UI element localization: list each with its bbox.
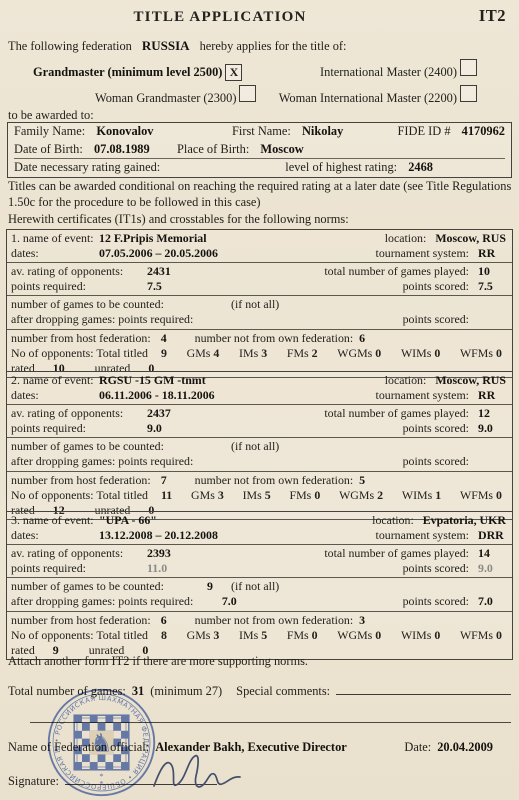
event3-wims-pair: WIMs 0 [401, 628, 440, 643]
event-block-3: 3. name of event: "UPA - 66" location: E… [6, 511, 513, 660]
event3-notown-value: 3 [359, 613, 365, 628]
event3-dropreq-label: after dropping games: points required: [11, 594, 193, 609]
gm-checkbox[interactable]: X [225, 64, 242, 81]
event1-gms-pair: GMs 4 [187, 346, 220, 361]
event1-ptsreq-value: 7.5 [147, 279, 162, 294]
event1-wfms-pair: WFMs 0 [460, 346, 502, 361]
event1-counted-section: number of games to be counted: (if not a… [7, 296, 512, 329]
event3-dates-value: 13.12.2008 – 20.12.2008 [99, 528, 218, 543]
event1-dates-label: dates: [11, 246, 99, 261]
wgm-option-label: Woman Grandmaster (2300) [95, 91, 236, 106]
event2-notown-value: 5 [359, 473, 365, 488]
family-name-label: Family Name: [14, 124, 85, 138]
event3-ims-pair: IMs 5 [239, 628, 267, 643]
event3-host-value: 6 [161, 613, 167, 628]
rating-gained-label: Date necessary rating gained: [14, 160, 160, 175]
person-row-3: Date necessary rating gained: level of h… [14, 158, 505, 177]
event3-location-value: Evpatoria, UKR [423, 513, 506, 528]
event2-avrating-label: av. rating of opponents: [11, 406, 147, 421]
event2-gms-pair: GMs 3 [191, 488, 224, 503]
event3-ptsreq-value: 11.0 [147, 561, 167, 576]
event3-host-label: number from host federation: [11, 613, 151, 628]
event2-totalgames-value: 12 [478, 406, 506, 421]
event3-opponents-section: number from host federation: 6 number no… [7, 612, 512, 659]
event3-system-value: DRR [478, 528, 506, 543]
event3-totalgames-value: 14 [478, 546, 506, 561]
event3-titled-pair: No of opponents: Total titled 8 [11, 628, 167, 643]
event1-avrating-label: av. rating of opponents: [11, 264, 147, 279]
event3-dates-label: dates: [11, 528, 99, 543]
event2-host-value: 7 [161, 473, 167, 488]
event2-titled-pair: No of opponents: Total titled 11 [11, 488, 172, 503]
event3-wgms-pair: WGMs 0 [337, 628, 381, 643]
event2-counted-section: number of games to be counted: (if not a… [7, 438, 512, 471]
wim-checkbox[interactable] [460, 85, 477, 102]
conditional-note: Titles can be awarded conditional on rea… [8, 178, 513, 210]
event1-ims-pair: IMs 3 [239, 346, 267, 361]
event1-location-label: location: [385, 231, 427, 246]
event2-ptsreq-value: 9.0 [147, 421, 162, 436]
intro-line: The following federation RUSSIA hereby a… [8, 38, 511, 54]
gm-option-label: Grandmaster (minimum level 2500) [33, 65, 222, 80]
event2-dropscored-label: points scored: [403, 454, 469, 469]
person-row-1: Family Name: Konovalov First Name: Nikol… [14, 123, 505, 141]
highest-rating-value: 2468 [408, 160, 433, 174]
event2-totalgames-label: total number of games played: [324, 406, 469, 421]
event2-notown-label: number not from own federation: [195, 473, 354, 488]
wgm-checkbox[interactable] [239, 85, 256, 102]
im-option-label: International Master (2400) [320, 65, 457, 80]
event2-system-label: tournament system: [376, 388, 469, 403]
fide-id-label: FIDE ID # [398, 124, 451, 138]
event1-wgms-pair: WGMs 0 [337, 346, 381, 361]
event2-fms-pair: FMs 0 [290, 488, 321, 503]
event1-system-value: RR [478, 246, 506, 261]
federation-name: RUSSIA [142, 38, 190, 54]
event1-points-section: av. rating of opponents: 2431 total numb… [7, 263, 512, 296]
first-name-value: Nikolay [302, 124, 343, 138]
event2-dates-value: 06.11.2006 - 18.11.2006 [99, 388, 215, 403]
pob-pair: Place of Birth: Moscow [177, 142, 304, 157]
event3-counted-value: 9 [189, 579, 231, 594]
attach-note: Attach another form IT2 if there are mor… [8, 654, 308, 669]
event2-counted-label: number of games to be counted: [11, 439, 189, 454]
awarded-to-label: to be awarded to: [8, 108, 94, 123]
herewith-note: Herewith certificates (IT1s) and crossta… [8, 212, 349, 227]
event1-header-section: 1. name of event: 12 F.Pripis Memorial l… [7, 230, 512, 263]
event1-fms-pair: FMs 2 [287, 346, 318, 361]
event1-location-value: Moscow, RUS [435, 231, 506, 246]
stamp-asterisk-bottom: * [99, 779, 103, 789]
event2-host-label: number from host federation: [11, 473, 151, 488]
event1-dates-value: 07.05.2006 – 20.05.2006 [99, 246, 218, 261]
form-code: IT2 [479, 6, 506, 26]
event2-ifnotall-label: (if not all) [231, 439, 279, 454]
event2-ptsreq-label: points required: [11, 421, 147, 436]
event3-dropscored-value: 7.0 [478, 594, 506, 609]
event1-totalgames-value: 10 [478, 264, 506, 279]
event3-name-value: "UPA - 66" [99, 513, 157, 528]
fide-id-pair: FIDE ID # 4170962 [398, 124, 505, 139]
event3-fms-pair: FMs 0 [287, 628, 318, 643]
event1-dropscored-label: points scored: [403, 312, 469, 327]
event3-header-section: 3. name of event: "UPA - 66" location: E… [7, 512, 512, 545]
event3-ptsreq-label: points required: [11, 561, 147, 576]
dob-value: 07.08.1989 [94, 142, 150, 156]
event1-avrating-value: 2431 [147, 264, 171, 279]
event2-wfms-pair: WFMs 0 [460, 488, 502, 503]
event1-ptsscored-value: 7.5 [478, 279, 506, 294]
event-block-1: 1. name of event: 12 F.Pripis Memorial l… [6, 229, 513, 378]
event3-ifnotall-label: (if not all) [231, 579, 279, 594]
event3-notown-label: number not from own federation: [195, 613, 354, 628]
event1-counted-label: number of games to be counted: [11, 297, 189, 312]
date-label: Date: [404, 740, 431, 755]
pob-value: Moscow [260, 142, 303, 156]
highest-rating-pair: level of highest rating: 2468 [285, 160, 433, 175]
event1-name-label: 1. name of event: [11, 231, 99, 246]
intro-post: hereby applies for the title of: [200, 39, 347, 54]
event1-wims-pair: WIMs 0 [401, 346, 440, 361]
dob-label: Date of Birth: [14, 142, 83, 156]
event1-host-label: number from host federation: [11, 331, 151, 346]
dob-pair: Date of Birth: 07.08.1989 [14, 142, 177, 157]
title-option-row-2: Woman Grandmaster (2300) Woman Internati… [95, 85, 477, 106]
event3-system-label: tournament system: [376, 528, 469, 543]
highest-rating-label: level of highest rating: [285, 160, 397, 174]
federation-stamp-icon: • РОССИЙСКАЯ ШАХМАТНАЯ ФЕДЕРАЦИЯ • ОБЩЕР… [45, 686, 158, 799]
event2-points-section: av. rating of opponents: 2437 total numb… [7, 405, 512, 438]
minimum-note: (minimum 27) [150, 684, 222, 699]
page-title: TITLE APPLICATION [0, 9, 440, 26]
event2-location-label: location: [385, 373, 427, 388]
event1-ifnotall-label: (if not all) [231, 297, 279, 312]
event3-counted-label: number of games to be counted: [11, 579, 189, 594]
event3-avrating-label: av. rating of opponents: [11, 546, 147, 561]
event2-wims-pair: WIMs 1 [402, 488, 441, 503]
event-block-2: 2. name of event: RGSU -15 GM -tnmt loca… [6, 371, 513, 520]
event2-ptsscored-value: 9.0 [478, 421, 506, 436]
person-info-box: Family Name: Konovalov First Name: Nikol… [7, 122, 512, 178]
event1-opponents-section: number from host federation: 4 number no… [7, 330, 512, 377]
event3-avrating-value: 2393 [147, 546, 171, 561]
event1-ptsscored-label: points scored: [403, 279, 469, 294]
event1-notown-label: number not from own federation: [195, 331, 354, 346]
event2-dropreq-label: after dropping games: points required: [11, 454, 193, 469]
special-comments-label: Special comments: [236, 684, 330, 699]
event3-dropscored-label: points scored: [403, 594, 469, 609]
event1-ptsreq-label: points required: [11, 279, 147, 294]
im-checkbox[interactable] [460, 59, 477, 76]
signature-mark [148, 746, 253, 798]
event1-system-label: tournament system: [376, 246, 469, 261]
family-name-pair: Family Name: Konovalov [14, 124, 232, 139]
event1-notown-value: 6 [359, 331, 365, 346]
event2-system-value: RR [478, 388, 506, 403]
date-value: 20.04.2009 [437, 740, 493, 755]
event3-name-label: 3. name of event: [11, 513, 99, 528]
event3-location-label: location: [372, 513, 414, 528]
event1-dropreq-label: after dropping games: points required: [11, 312, 193, 327]
event1-titled-pair: No of opponents: Total titled 9 [11, 346, 167, 361]
event3-totalgames-label: total number of games played: [324, 546, 469, 561]
event3-points-section: av. rating of opponents: 2393 total numb… [7, 545, 512, 578]
pob-label: Place of Birth: [177, 142, 249, 156]
family-name-value: Konovalov [96, 124, 153, 138]
event3-counted-section: number of games to be counted: 9 (if not… [7, 578, 512, 611]
event2-name-label: 2. name of event: [11, 373, 99, 388]
event2-ptsscored-label: points scored: [403, 421, 469, 436]
event3-dropreq-value: 7.0 [193, 594, 265, 609]
title-option-row-1: Grandmaster (minimum level 2500) X Inter… [33, 59, 477, 81]
event1-host-value: 4 [161, 331, 167, 346]
intro-pre: The following federation [8, 39, 132, 54]
event2-wgms-pair: WGMs 2 [339, 488, 383, 503]
event2-avrating-value: 2437 [147, 406, 171, 421]
knight-icon: ♞ [90, 727, 113, 757]
wim-option-label: Woman International Master (2200) [279, 91, 457, 106]
event3-wfms-pair: WFMs 0 [460, 628, 502, 643]
title-application-form: TITLE APPLICATION IT2 The following fede… [0, 0, 519, 800]
first-name-label: First Name: [232, 124, 291, 138]
person-row-2: Date of Birth: 07.08.1989 Place of Birth… [14, 141, 505, 159]
event2-dates-label: dates: [11, 388, 99, 403]
event3-ptsscored-value: 9.0 [478, 561, 506, 576]
event2-name-value: RGSU -15 GM -tnmt [99, 373, 206, 388]
event2-location-value: Moscow, RUS [435, 373, 506, 388]
event1-name-value: 12 F.Pripis Memorial [99, 231, 207, 246]
special-comments-line [336, 681, 511, 695]
event3-ptsscored-label: points scored: [403, 561, 469, 576]
fide-id-value: 4170962 [462, 124, 505, 138]
event1-totalgames-label: total number of games played: [324, 264, 469, 279]
event2-header-section: 2. name of event: RGSU -15 GM -tnmt loca… [7, 372, 512, 405]
event2-ims-pair: IMs 5 [243, 488, 271, 503]
first-name-pair: First Name: Nikolay [232, 124, 398, 139]
event3-gms-pair: GMs 3 [187, 628, 220, 643]
